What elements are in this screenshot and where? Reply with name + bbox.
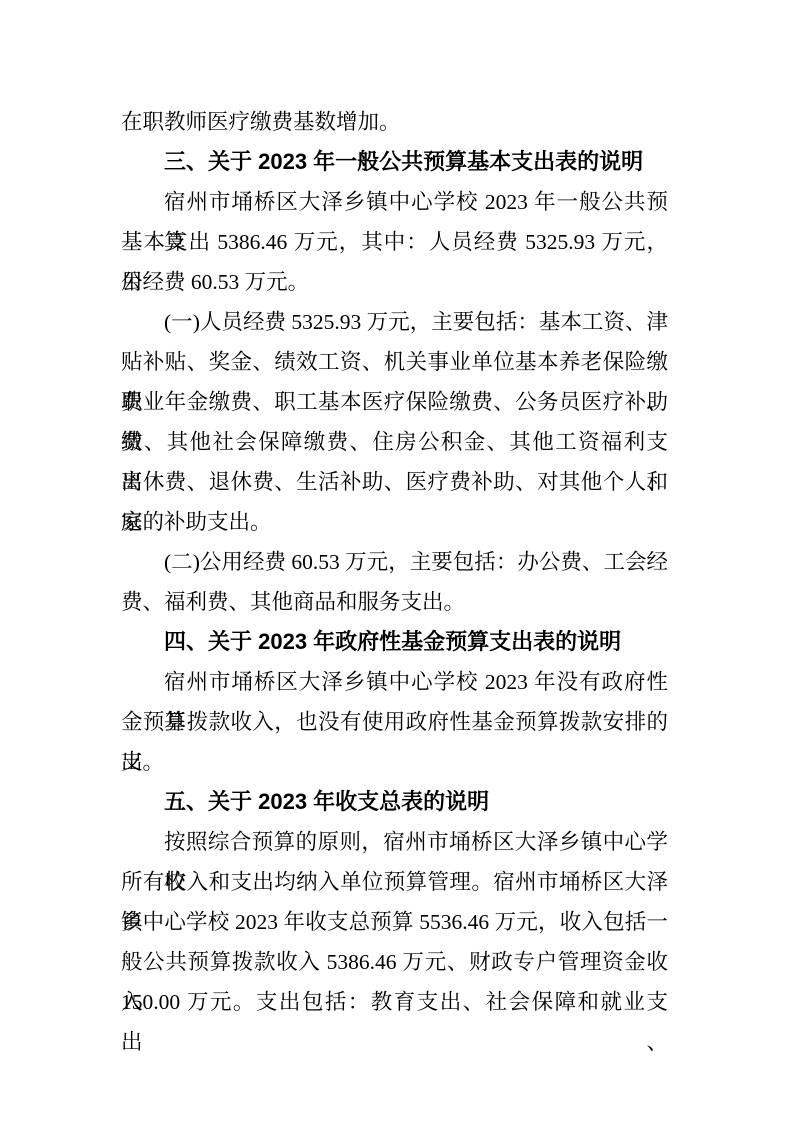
text-line: 费、福利费、其他商品和服务支出。 bbox=[121, 582, 668, 622]
text-line: 在职教师医疗缴费基数增加。 bbox=[121, 102, 668, 142]
text-line: 所有收入和支出均纳入单位预算管理。宿州市埇桥区大泽乡 bbox=[121, 862, 668, 902]
text-line: 宿州市埇桥区大泽乡镇中心学校 2023 年没有政府性基 bbox=[121, 662, 668, 702]
text-line: (二)公用经费 60.53 万元，主要包括：办公费、工会经 bbox=[121, 542, 668, 582]
section-heading-5: 五、关于 2023 年收支总表的说明 bbox=[121, 782, 668, 822]
text-line: 费、其他社会保障缴费、住房公积金、其他工资福利支出、 bbox=[121, 422, 668, 462]
text-line: 贴补贴、奖金、绩效工资、机关事业单位基本养老保险缴费、 bbox=[121, 342, 668, 382]
text-line: 金预算拨款收入，也没有使用政府性基金预算拨款安排的支 bbox=[121, 702, 668, 742]
text-line: 宿州市埇桥区大泽乡镇中心学校 2023 年一般公共预算 bbox=[121, 182, 668, 222]
document-page: 在职教师医疗缴费基数增加。 三、关于 2023 年一般公共预算基本支出表的说明 … bbox=[0, 0, 794, 1122]
text-line: 般公共预算拨款收入 5386.46 万元、财政专户管理资金收入 bbox=[121, 942, 668, 982]
text-line: 150.00 万元。支出包括：教育支出、社会保障和就业支出、 bbox=[121, 982, 668, 1022]
text-line: 基本支出 5386.46 万元，其中：人员经费 5325.93 万元，公 bbox=[121, 222, 668, 262]
text-line: 庭的补助支出。 bbox=[121, 502, 668, 542]
section-heading-4: 四、关于 2023 年政府性基金预算支出表的说明 bbox=[121, 622, 668, 662]
text-line: 职业年金缴费、职工基本医疗保险缴费、公务员医疗补助缴 bbox=[121, 382, 668, 422]
text-line: 离休费、退休费、生活补助、医疗费补助、对其他个人和家 bbox=[121, 462, 668, 502]
text-line: 出。 bbox=[121, 742, 668, 782]
text-line: 用经费 60.53 万元。 bbox=[121, 262, 668, 302]
text-line: 按照综合预算的原则，宿州市埇桥区大泽乡镇中心学校 bbox=[121, 822, 668, 862]
text-line: 镇中心学校 2023 年收支总预算 5536.46 万元，收入包括一 bbox=[121, 902, 668, 942]
text-line: (一)人员经费 5325.93 万元，主要包括：基本工资、津 bbox=[121, 302, 668, 342]
section-heading-3: 三、关于 2023 年一般公共预算基本支出表的说明 bbox=[121, 142, 668, 182]
